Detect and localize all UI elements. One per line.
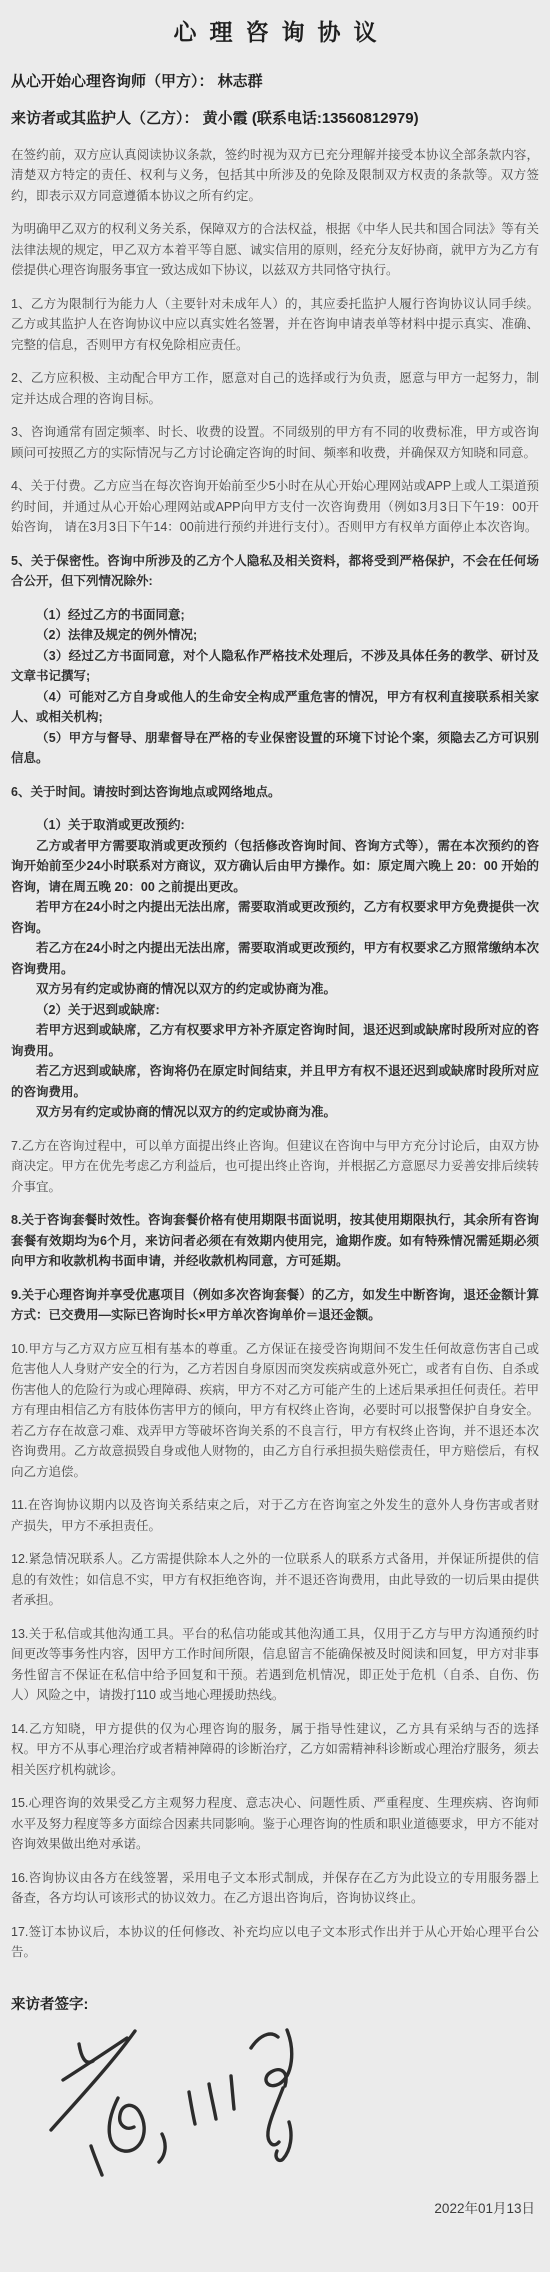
agreement-paragraph: （3）经过乙方书面同意，对个人隐私作严格技术处理后，不涉及具体任务的教学、研讨及… [11, 646, 539, 687]
party-a-line: 从心开始心理咨询师（甲方）： 林志群 [11, 71, 539, 93]
agreement-paragraph: 若甲方迟到或缺席，乙方有权要求甲方补齐原定咨询时间，退还迟到或缺席时段所对应的咨… [11, 1020, 539, 1061]
signature-scrawl [21, 2028, 539, 2193]
agreement-paragraph: 若乙方在24小时之内提出无法出席，需要取消或更改预约，甲方有权要求乙方照常缴纳本… [11, 938, 539, 979]
party-b-line: 来访者或其监护人（乙方）： 黄小霞 (联系电话:13560812979) [11, 108, 539, 130]
agreement-page: 心理咨询协议 从心开始心理咨询师（甲方）： 林志群 来访者或其监护人（乙方）： … [0, 0, 550, 2272]
agreement-paragraph: 7.乙方在咨询过程中，可以单方面提出终止咨询。但建议在咨询中与甲方充分讨论后，由… [11, 1136, 539, 1198]
agreement-paragraph: 13.关于私信或其他沟通工具。平台的私信功能或其他沟通工具，仅用于乙方与甲方沟通… [11, 1624, 539, 1706]
agreement-paragraph: 4、关于付费。乙方应当在每次咨询开始前至少5小时在从心开始心理网站或APP上或人… [11, 476, 539, 538]
agreement-paragraph: （5）甲方与督导、朋辈督导在严格的专业保密设置的环境下讨论个案，须隐去乙方可识别… [11, 728, 539, 769]
agreement-paragraph: （4）可能对乙方自身或他人的生命安全构成严重危害的情况，甲方有权利直接联系相关家… [11, 687, 539, 728]
agreement-paragraph: （2）法律及规定的例外情况; [11, 625, 539, 646]
agreement-paragraph: 8.关于咨询套餐时效性。咨询套餐价格有使用期限书面说明，按其使用期限执行，其余所… [11, 1210, 539, 1272]
agreement-paragraph: 1、乙方为限制行为能力人（主要针对未成年人）的，其应委托监护人履行咨询协议认同手… [11, 294, 539, 356]
signed-date: 2022年01月13日 [11, 2197, 539, 2217]
agreement-paragraph: 为明确甲乙双方的权利义务关系，保障双方的合法权益，根据《中华人民共和国合同法》等… [11, 219, 539, 281]
agreement-paragraph: （1）关于取消或更改预约: [11, 815, 539, 836]
agreement-paragraph: 若甲方在24小时之内提出无法出席，需要取消或更改预约，乙方有权要求甲方免费提供一… [11, 897, 539, 938]
agreement-paragraph: 3、咨询通常有固定频率、时长、收费的设置。不同级别的甲方有不同的收费标准，甲方或… [11, 422, 539, 463]
agreement-paragraph: （1）经过乙方的书面同意; [11, 605, 539, 626]
agreement-paragraph: （2）关于迟到或缺席: [11, 1000, 539, 1021]
agreement-paragraph: 10.甲方与乙方双方应互相有基本的尊重。乙方保证在接受咨询期间不发生任何故意伤害… [11, 1339, 539, 1483]
agreement-paragraph: 14.乙方知晓，甲方提供的仅为心理咨询的服务，属于指导性建议，乙方具有采纳与否的… [11, 1719, 539, 1781]
agreement-paragraph: 2、乙方应积极、主动配合甲方工作，愿意对自己的选择或行为负责，愿意与甲方一起努力… [11, 368, 539, 409]
agreement-paragraph: 双方另有约定或协商的情况以双方的约定或协商为准。 [11, 979, 539, 1000]
signature-label: 来访者签字: [11, 1993, 539, 2014]
agreement-paragraph: 9.关于心理咨询并享受优惠项目（例如多次咨询套餐）的乙方，如发生中断咨询，退还金… [11, 1285, 539, 1326]
agreement-paragraph: 11.在咨询协议期内以及咨询关系结束之后，对于乙方在咨询室之外发生的意外人身伤害… [11, 1495, 539, 1536]
agreement-paragraph: 乙方或者甲方需要取消或更改预约（包括修改咨询时间、咨询方式等），需在本次预约的咨… [11, 836, 539, 898]
agreement-paragraph: 若乙方迟到或缺席，咨询将仍在原定时间结束，并且甲方有权不退还迟到或缺席时段所对应… [11, 1061, 539, 1102]
paragraphs: 在签约前，双方应认真阅读协议条款，签约时视为双方已充分理解并接受本协议全部条款内… [11, 145, 539, 1963]
agreement-paragraph: 5、关于保密性。咨询中所涉及的乙方个人隐私及相关资料，都将受到严格保护，不会在任… [11, 551, 539, 592]
agreement-paragraph: 15.心理咨询的效果受乙方主观努力程度、意志决心、问题性质、严重程度、生理疾病、… [11, 1793, 539, 1855]
agreement-paragraph: 双方另有约定或协商的情况以双方的约定或协商为准。 [11, 1102, 539, 1123]
agreement-paragraph: 6、关于时间。请按时到达咨询地点或网络地点。 [11, 782, 539, 803]
agreement-paragraph: 12.紧急情况联系人。乙方需提供除本人之外的一位联系人的联系方式备用，并保证所提… [11, 1549, 539, 1611]
agreement-paragraph: 16.咨询协议由各方在线签署，采用电子文本形式制成，并保存在乙方为此设立的专用服… [11, 1868, 539, 1909]
agreement-paragraph: 在签约前，双方应认真阅读协议条款，签约时视为双方已充分理解并接受本协议全部条款内… [11, 145, 539, 207]
page-title: 心理咨询协议 [11, 14, 539, 47]
agreement-paragraph: 17.签订本协议后，本协议的任何修改、补充均应以电子文本形式作出并于从心开始心理… [11, 1922, 539, 1963]
